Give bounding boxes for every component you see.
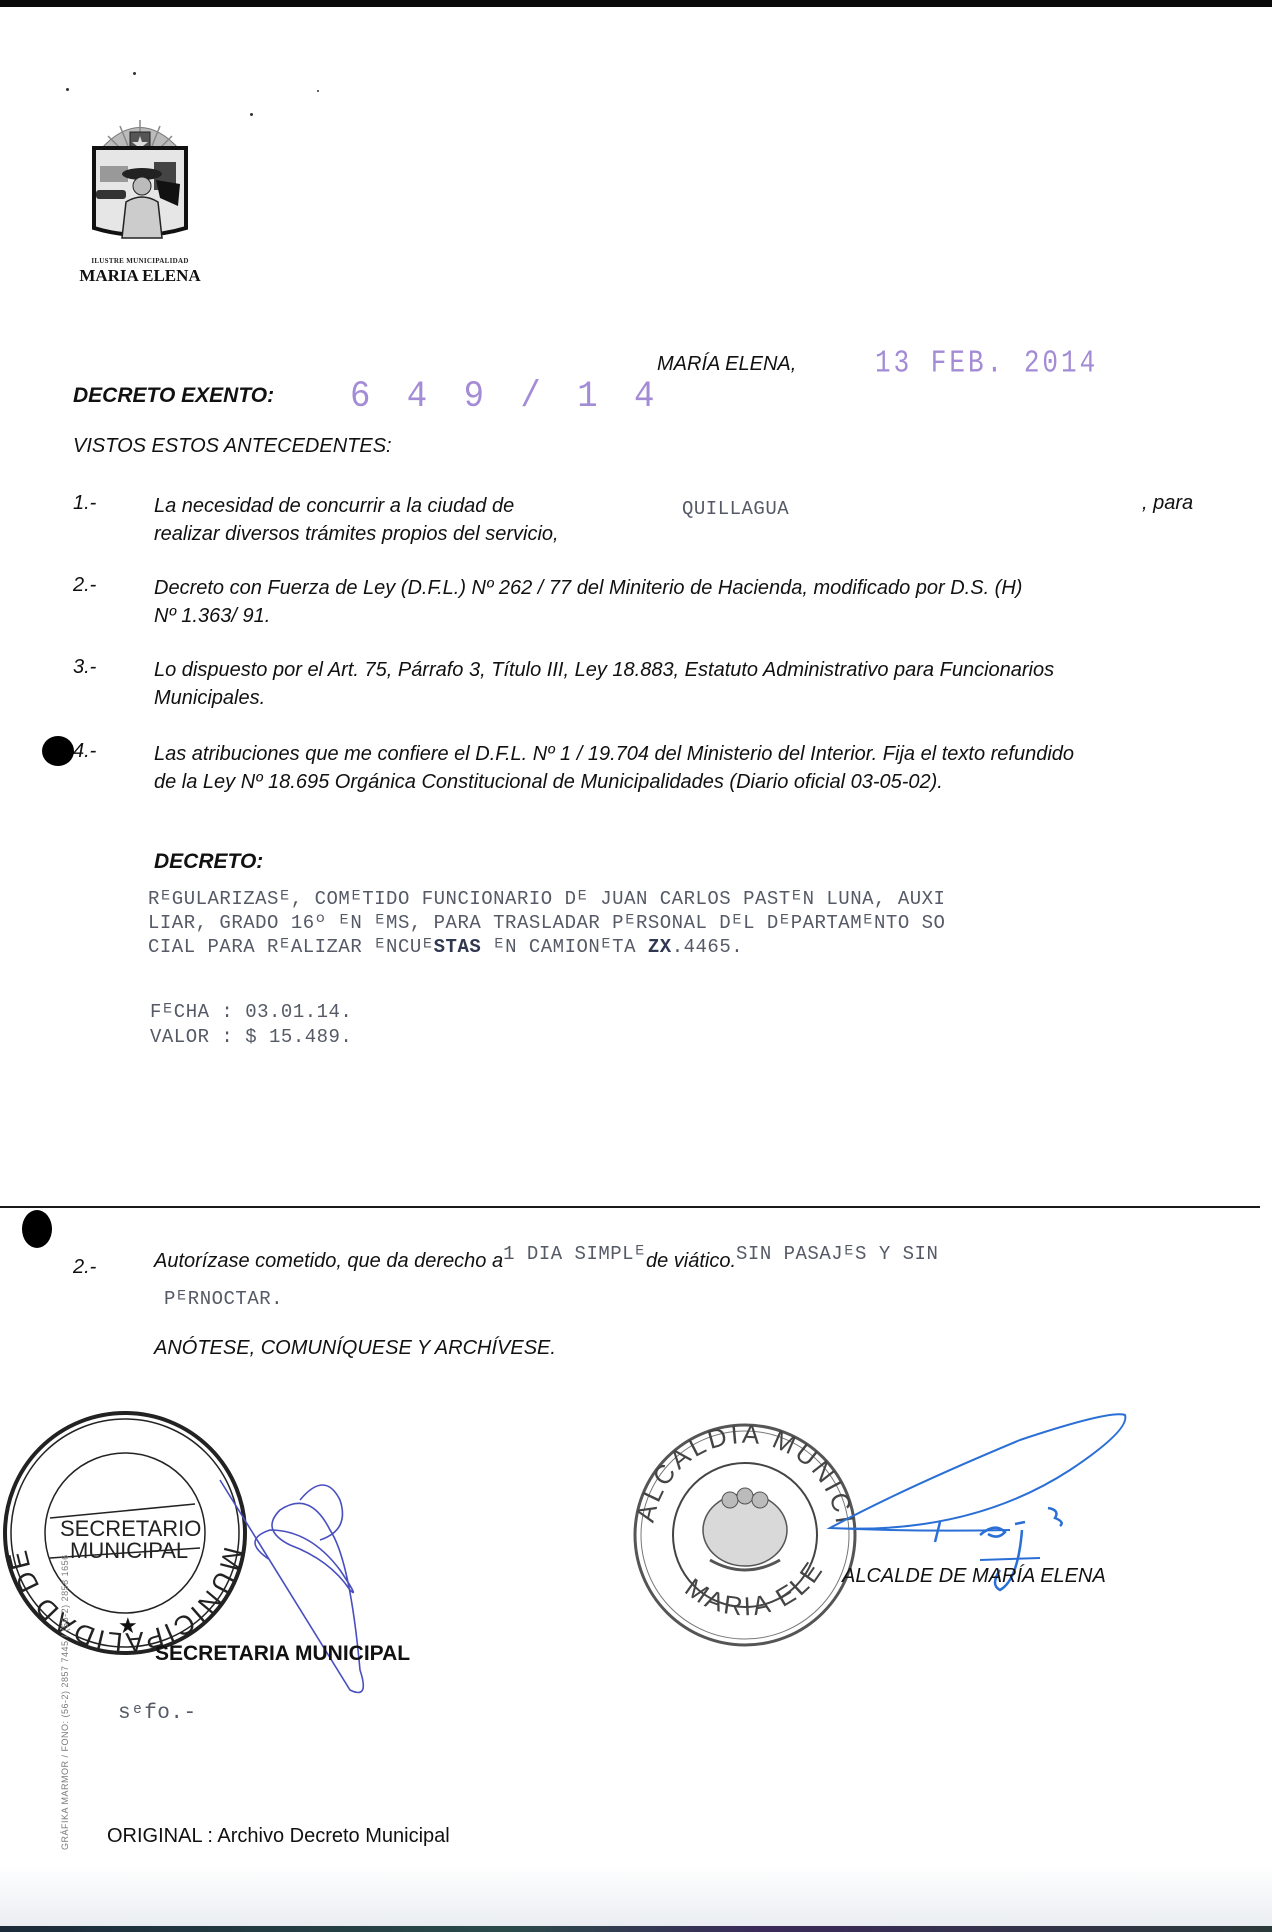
item-number: 2.- bbox=[73, 574, 96, 597]
municipal-coat-of-arms-icon bbox=[90, 110, 190, 242]
institution-subtitle: ILUSTRE MUNICIPALIDAD bbox=[75, 257, 205, 265]
typed-line: RᴱGULARIZASᴱ, COMᴱTIDO FUNCIONARIO Dᴱ JU… bbox=[148, 887, 1178, 911]
item-line: realizar diversos trámites propios del s… bbox=[154, 520, 594, 548]
typed-conditions-line2: PᴱRNOCTAR. bbox=[164, 1288, 283, 1310]
fecha-line: FᴱCHA : 03.01.14. bbox=[150, 1000, 352, 1025]
printer-imprint: GRÁFIKA MARMOR / FONO: (56-2) 2857 7445 … bbox=[60, 1554, 70, 1850]
secretary-title: SECRETARIA MUNICIPAL bbox=[155, 1642, 410, 1666]
decree-typed-body: RᴱGULARIZASᴱ, COMᴱTIDO FUNCIONARIO Dᴱ JU… bbox=[148, 887, 1178, 959]
item-text: La necesidad de concurrir a la ciudad de… bbox=[154, 492, 594, 548]
punch-hole-mark bbox=[42, 736, 74, 766]
typed-days: 1 DIA SIMPLᴱ bbox=[503, 1243, 646, 1265]
decree-heading: DECRETO: bbox=[154, 850, 263, 874]
decree-label: DECRETO EXENTO: bbox=[73, 384, 274, 408]
item-number: 4.- bbox=[73, 740, 96, 763]
scan-top-edge bbox=[0, 0, 1272, 7]
antecedents-heading: VISTOS ESTOS ANTECEDENTES: bbox=[73, 435, 392, 458]
scan-bottom-edge bbox=[0, 1926, 1272, 1932]
item-line: Las atribuciones que me confiere el D.F.… bbox=[154, 740, 1204, 768]
item2-text-before: Autorízase cometido, que da derecho a bbox=[154, 1250, 503, 1272]
item-line: La necesidad de concurrir a la ciudad de bbox=[154, 492, 594, 520]
punch-hole-mark bbox=[22, 1210, 52, 1248]
item-text-after: , para bbox=[1142, 492, 1193, 515]
item2-text: Autorízase cometido, que da derecho a1 D… bbox=[154, 1250, 938, 1273]
item-number: 1.- bbox=[73, 492, 96, 515]
scan-speck bbox=[66, 88, 69, 91]
item-number: 2.- bbox=[73, 1256, 96, 1279]
typed-conditions: SIN PASAJᴱS Y SIN bbox=[736, 1243, 938, 1265]
item-line: Decreto con Fuerza de Ley (D.F.L.) Nº 26… bbox=[154, 574, 1204, 602]
typed-city: QUILLAGUA bbox=[682, 498, 789, 520]
item-text: Decreto con Fuerza de Ley (D.F.L.) Nº 26… bbox=[154, 574, 1204, 630]
scan-bottom-shadow bbox=[0, 1866, 1272, 1926]
typed-line: LIAR, GRADO 16º ᴱN ᴱMS, PARA TRASLADAR P… bbox=[148, 911, 1178, 935]
page-fold-line bbox=[0, 1206, 1260, 1208]
typed-line: CIAL PARA RᴱALIZAR ᴱNCUᴱSTAS ᴱN CAMIONᴱT… bbox=[148, 935, 1178, 959]
decree-details: FᴱCHA : 03.01.14.VALOR : $ 15.489. bbox=[150, 1000, 352, 1050]
valor-line: VALOR : $ 15.489. bbox=[150, 1025, 352, 1050]
scan-speck bbox=[133, 72, 136, 75]
item-line: Nº 1.363/ 91. bbox=[154, 602, 1204, 630]
item-text: Lo dispuesto por el Art. 75, Párrafo 3, … bbox=[154, 656, 1204, 712]
item-text: Las atribuciones que me confiere el D.F.… bbox=[154, 740, 1204, 796]
scan-speck bbox=[317, 90, 319, 92]
svg-text:★: ★ bbox=[118, 1613, 138, 1638]
item-number: 3.- bbox=[73, 656, 96, 679]
place-label: MARÍA ELENA, bbox=[657, 353, 796, 376]
decree-number-stamp: 6 4 9 / 1 4 bbox=[350, 376, 662, 418]
item-line: Municipales. bbox=[154, 684, 1204, 712]
institution-name: MARIA ELENA bbox=[75, 266, 205, 286]
closing-formula: ANÓTESE, COMUNÍQUESE Y ARCHÍVESE. bbox=[154, 1337, 556, 1360]
item-line: Lo dispuesto por el Art. 75, Párrafo 3, … bbox=[154, 656, 1204, 684]
item2-text-middle: de viático. bbox=[646, 1250, 736, 1272]
scan-speck bbox=[250, 113, 253, 116]
typist-initials: sᵉfo.- bbox=[118, 1702, 197, 1725]
mayor-title: ALCALDE DE MARÍA ELENA bbox=[842, 1565, 1106, 1588]
item-line: de la Ley Nº 18.695 Orgánica Constitucio… bbox=[154, 768, 1204, 796]
svg-text:MUNICIPAL: MUNICIPAL bbox=[70, 1538, 188, 1563]
distribution-line: ORIGINAL : Archivo Decreto Municipal bbox=[107, 1825, 450, 1848]
date-stamp: 13 FEB. 2014 bbox=[875, 345, 1098, 381]
